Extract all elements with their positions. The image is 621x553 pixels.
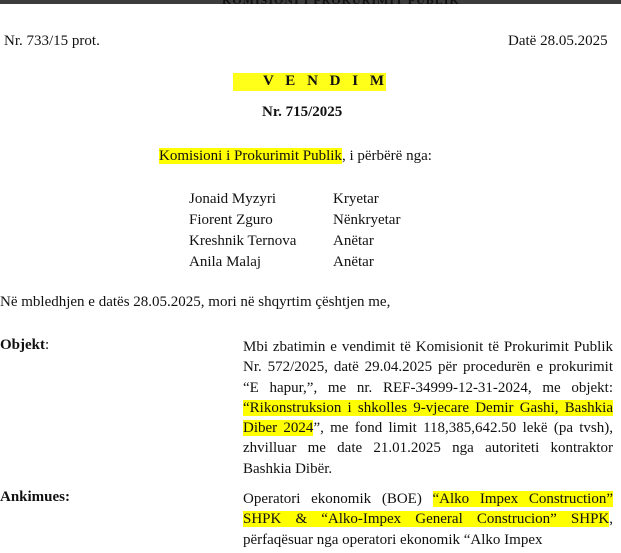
objekt-colon: : [45,337,49,353]
member-row: Fiorent Zguro Nënkryetar [189,210,400,231]
intro-rest: , i përbërë nga: [342,148,432,164]
member-row: Anila Malaj Anëtar [189,252,400,273]
member-name: Fiorent Zguro [189,210,333,231]
decision-title: V E N D I M [263,73,388,90]
objekt-text-before: Mbi zbatimin e vendimit të Komisionit të… [243,339,613,396]
document-date: Datë 28.05.2025 [508,33,608,50]
document-header-cut: KOMISIONI I PROKURIMIT PUBLIK [222,0,460,8]
member-row: Kreshnik Ternova Anëtar [189,231,400,252]
member-row: Jonaid Myzyri Kryetar [189,189,400,210]
protocol-number: Nr. 733/15 prot. [4,33,100,50]
member-role: Anëtar [333,252,374,273]
meeting-sentence: Në mbledhjen e datës 28.05.2025, mori në… [0,294,390,311]
ankimues-label: Ankimues: [0,489,70,506]
objekt-text: Mbi zbatimin e vendimit të Komisionit të… [243,337,613,479]
member-name: Kreshnik Ternova [189,231,333,252]
objekt-label-wrap: Objekt: [0,337,49,354]
decision-number: Nr. 715/2025 [262,104,342,121]
decision-title-highlight: V E N D I M [233,73,386,91]
commission-name: Komisioni i Prokurimit Publik [159,148,342,164]
member-role: Kryetar [333,189,379,210]
member-role: Anëtar [333,231,374,252]
objekt-label: Objekt [0,337,45,353]
members-list: Jonaid Myzyri Kryetar Fiorent Zguro Nënk… [189,189,400,273]
member-name: Anila Malaj [189,252,333,273]
ankimues-text: Operatori ekonomik (BOE) “Alko Impex Con… [243,489,613,550]
ankimues-text-before: Operatori ekonomik (BOE) [243,491,433,507]
commission-intro: Komisioni i Prokurimit Publik, i përbërë… [159,148,432,165]
member-role: Nënkryetar [333,210,400,231]
member-name: Jonaid Myzyri [189,189,333,210]
